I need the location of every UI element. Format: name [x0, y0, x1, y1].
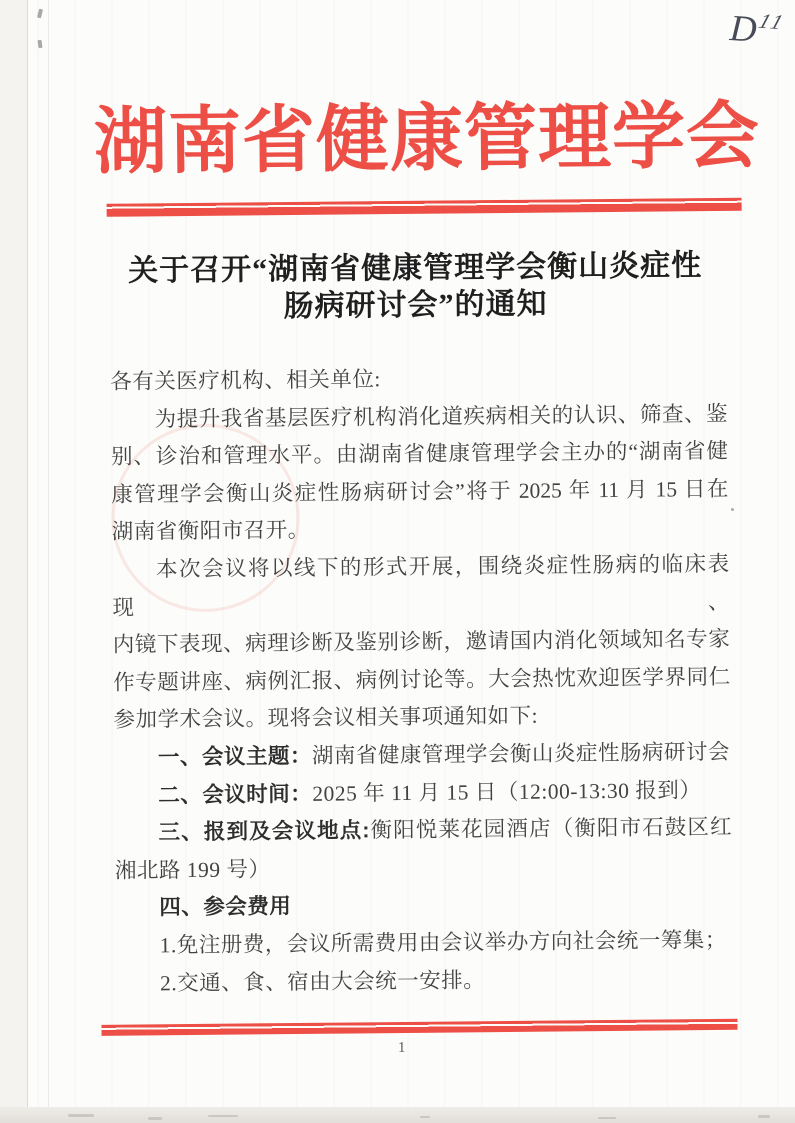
item-topic-text: 湖南省健康管理学会衡山炎症性肠病研讨会 — [312, 740, 730, 768]
item-fees-label: 四、参会费用 — [159, 894, 291, 919]
item-location-label: 三、报到及会议地点: — [158, 818, 369, 844]
scanned-page: D11 湖南省健康管理学会 关于召开“湖南省健康管理学会衡山炎症性 肠病研讨会”… — [0, 0, 795, 1123]
doc-title-line2: 肠病研讨会”的通知 — [95, 284, 735, 327]
masthead-double-rule — [107, 198, 742, 217]
item-time-text: 2025 年 11 月 15 日（12:00-13:30 报到） — [312, 778, 701, 806]
handwritten-number: 11 — [755, 9, 789, 35]
doc-title: 关于召开“湖南省健康管理学会衡山炎症性 肠病研讨会”的通知 — [95, 247, 736, 327]
item-fees: 四、参会费用 — [115, 884, 732, 928]
body-line: 康管理学会衡山炎症性肠病研讨会”将于 2025 年 11 月 15 日在 — [111, 471, 728, 515]
item-time: 二、会议时间：2025 年 11 月 15 日（12:00-13:30 报到） — [114, 771, 731, 815]
body-line: 作专题讲座、病例汇报、病例讨论等。大会热忱欢迎医学界同仁 — [113, 659, 730, 703]
masthead-org-name: 湖南省健康管理学会 — [93, 77, 734, 188]
item-topic-label: 一、会议主题： — [158, 744, 312, 769]
item-time-label: 二、会议时间： — [158, 781, 312, 806]
page-number: 1 — [5, 1036, 795, 1061]
body-line: 本次会议将以线下的形式开展，围绕炎症性肠病的临床表现、 — [112, 546, 730, 627]
item-location-text: 衡阳悦莱花园酒店（衡阳市石鼓区红 — [369, 815, 731, 842]
handwritten-mark: D11 — [729, 7, 784, 53]
item-location-continuation: 湘北路 199 号） — [115, 847, 732, 891]
body-line: 别、诊治和管理水平。由湖南省健康管理学会主办的“湖南省健 — [111, 433, 728, 477]
body-line: 为提升我省基层医疗机构消化道疾病相关的认识、筛查、鉴 — [110, 395, 727, 439]
item-location: 三、报到及会议地点:衡阳悦莱花园酒店（衡阳市石鼓区红 — [114, 809, 731, 853]
document-content: D11 湖南省健康管理学会 关于召开“湖南省健康管理学会衡山炎症性 肠病研讨会”… — [0, 0, 795, 1123]
body-line: 内镜下表现、病理诊断及鉴别诊断，邀请国内消化领域知名专家 — [113, 621, 730, 665]
fee-line: 2.交通、食、宿由大会统一安排。 — [116, 959, 733, 1003]
fee-line: 1.免注册费，会议所需费用由会议举办方向社会统一筹集； — [116, 922, 733, 966]
body-line: 湖南省衡阳市召开。 — [112, 508, 729, 552]
doc-body: 各有关医疗机构、相关单位: 为提升我省基层医疗机构消化道疾病相关的认识、筛查、鉴… — [110, 358, 733, 1003]
doc-title-line1: 关于召开“湖南省健康管理学会衡山炎症性 — [95, 247, 735, 290]
item-topic: 一、会议主题：湖南省健康管理学会衡山炎症性肠病研讨会 — [114, 734, 731, 778]
footer-double-rule — [101, 1019, 737, 1036]
salutation: 各有关医疗机构、相关单位: — [110, 358, 727, 402]
handwritten-letter: D — [729, 8, 758, 51]
body-line: 参加学术会议。现将会议相关事项通知如下: — [113, 696, 730, 740]
